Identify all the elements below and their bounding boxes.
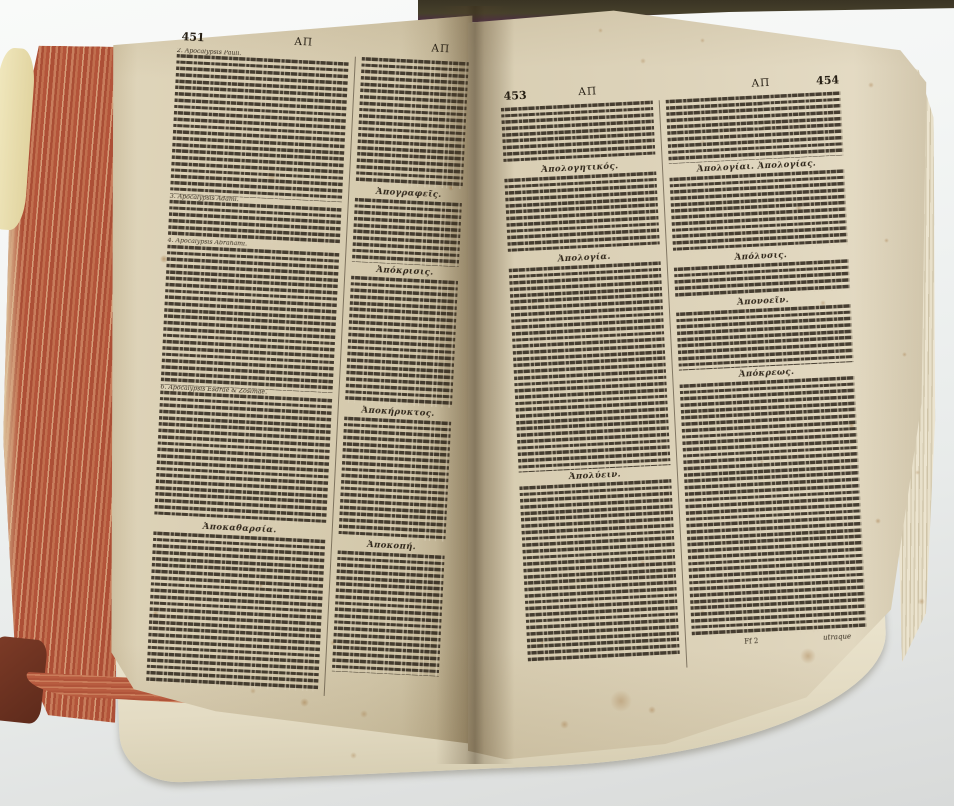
body-text-lines — [509, 262, 671, 472]
running-head: ΑΠ — [751, 77, 770, 90]
body-text-lines — [146, 531, 325, 692]
right-page-text: 453 ΑΠ ΑΠ 454 Ἀπολογητικός.Ἀπολογία.Ἀπολ… — [500, 73, 868, 675]
body-text-lines — [501, 101, 656, 165]
body-text-lines — [519, 479, 680, 664]
body-text-lines — [356, 57, 469, 189]
text-column: Ἀπολογητικός.Ἀπολογία.Ἀπολύειν. — [501, 101, 681, 676]
body-text-lines — [680, 376, 867, 638]
page-number: 451 — [181, 30, 205, 44]
body-text-lines — [338, 416, 451, 542]
body-text-lines — [345, 275, 458, 407]
text-column: 2. Apocalypsis Pauli.3. Apocalypsis Adam… — [146, 48, 349, 696]
book-photo: 451 ΑΠ ΑΠ 2. Apocalypsis Pauli.3. Apocal… — [0, 0, 954, 806]
running-head: ΑΠ — [578, 85, 597, 98]
running-head: ΑΠ — [431, 42, 450, 55]
body-text-lines — [170, 54, 349, 202]
body-text-lines — [676, 305, 854, 371]
text-column: Ἀπολογίαι. Ἀπολογίας.Ἀπόλυσις.Ἀπονοεῖν.Ἀ… — [659, 91, 869, 667]
signature-mark: Ff 2 — [744, 637, 759, 646]
body-text-lines — [352, 198, 462, 267]
page-number: 453 — [503, 89, 527, 103]
body-text-lines — [669, 169, 848, 254]
catchword: utraque — [823, 632, 851, 641]
body-text-lines — [332, 551, 445, 677]
running-head: ΑΠ — [294, 36, 313, 49]
body-text-lines — [154, 460, 329, 525]
left-page-text: 451 ΑΠ ΑΠ 2. Apocalypsis Pauli.3. Apocal… — [146, 30, 470, 701]
body-text-lines — [161, 283, 338, 393]
body-text-lines — [157, 390, 332, 468]
page-number: 454 — [816, 73, 840, 87]
body-text-lines — [674, 259, 850, 299]
body-text-lines — [504, 172, 660, 256]
body-text-lines — [666, 91, 844, 163]
